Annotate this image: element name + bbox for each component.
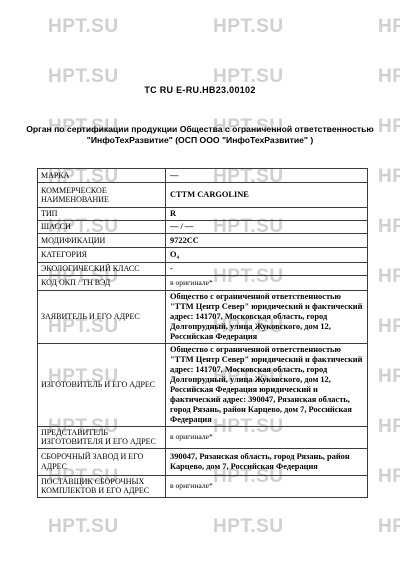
row-label: ЗАЯВИТЕЛЬ И ЕГО АДРЕС <box>38 291 166 344</box>
row-value: CTTM CARGOLINE <box>166 183 368 208</box>
watermark: HPT.SU <box>378 16 400 38</box>
row-value: — <box>166 169 368 183</box>
certificate-table: МАРКА — КОММЕРЧЕСКОЕ НАИМЕНОВАНИЕ CTTM C… <box>37 168 368 498</box>
watermark: HPT.SU <box>378 266 400 288</box>
watermark: HPT.SU <box>213 516 284 538</box>
table-row: СБОРОЧНЫЙ ЗАВОД И ЕГО АДРЕС 390047, Ряза… <box>38 448 368 475</box>
table-row: МАРКА — <box>38 169 368 183</box>
table-row: ПОСТАВЩИК СБОРОЧНЫХ КОМПЛЕКТОВ И ЕГО АДР… <box>38 475 368 497</box>
table-row: КАТЕГОРИЯ О₄ <box>38 248 368 263</box>
cert-number: ТС RU E-RU.HB23.00102 <box>0 85 400 95</box>
certification-body-line2: "ИнфоТехРазвитие" (ОСП ООО "ИнфоТехРазви… <box>12 135 388 146</box>
row-value: — / — <box>166 221 368 234</box>
row-label: КОММЕРЧЕСКОЕ НАИМЕНОВАНИЕ <box>38 183 166 208</box>
watermark: HPT.SU <box>378 316 400 338</box>
table-row: КОММЕРЧЕСКОЕ НАИМЕНОВАНИЕ CTTM CARGOLINE <box>38 183 368 208</box>
certificate-page: HPT.SUHPT.SUHPT.SUHPT.SUHPT.SUHPT.SUHPT.… <box>0 0 400 565</box>
watermark: HPT.SU <box>378 466 400 488</box>
watermark: HPT.SU <box>48 516 119 538</box>
watermark: HPT.SU <box>213 16 284 38</box>
table-row: КОД ОКП / ТН ВЭД в оригинале* <box>38 276 368 291</box>
row-label: КАТЕГОРИЯ <box>38 248 166 263</box>
table-row: ЗАЯВИТЕЛЬ И ЕГО АДРЕС Общество с огранич… <box>38 291 368 344</box>
row-label: ТИП <box>38 208 166 221</box>
watermark: HPT.SU <box>378 216 400 238</box>
certification-body: Орган по сертификации продукции Общества… <box>12 124 388 145</box>
row-value: Общество с ограниченной ответственностью… <box>166 344 368 427</box>
row-label: МАРКА <box>38 169 166 183</box>
row-label: ПОСТАВЩИК СБОРОЧНЫХ КОМПЛЕКТОВ И ЕГО АДР… <box>38 475 166 497</box>
table-row: ШАССИ — / — <box>38 221 368 234</box>
row-label: ПРЕДСТАВИТЕЛЬ ИЗГОТОВИТЕЛЯ И ЕГО АДРЕС <box>38 427 166 449</box>
row-value: в оригинале* <box>166 276 368 291</box>
row-value: R <box>166 208 368 221</box>
watermark: HPT.SU <box>48 16 119 38</box>
row-value: в оригинале* <box>166 427 368 449</box>
row-value: в оригинале* <box>166 475 368 497</box>
row-label: КОД ОКП / ТН ВЭД <box>38 276 166 291</box>
table-row: ТИП R <box>38 208 368 221</box>
row-label: СБОРОЧНЫЙ ЗАВОД И ЕГО АДРЕС <box>38 448 166 475</box>
row-value: Общество с ограниченной ответственностью… <box>166 291 368 344</box>
row-value: О₄ <box>166 248 368 263</box>
row-label: ШАССИ <box>38 221 166 234</box>
row-label: ИЗГОТОВИТЕЛЬ И ЕГО АДРЕС <box>38 344 166 427</box>
table-row: ПРЕДСТАВИТЕЛЬ ИЗГОТОВИТЕЛЯ И ЕГО АДРЕС в… <box>38 427 368 449</box>
certification-body-line1: Орган по сертификации продукции Общества… <box>12 124 388 135</box>
row-value: 9722CC <box>166 234 368 248</box>
row-value: - <box>166 263 368 276</box>
table-row: ЭКОЛОГИЧЕСКИЙ КЛАСС - <box>38 263 368 276</box>
table-row: ИЗГОТОВИТЕЛЬ И ЕГО АДРЕС Общество с огра… <box>38 344 368 427</box>
row-label: МОДИФИКАЦИИ <box>38 234 166 248</box>
table-row: МОДИФИКАЦИИ 9722CC <box>38 234 368 248</box>
row-label: ЭКОЛОГИЧЕСКИЙ КЛАСС <box>38 263 166 276</box>
watermark: HPT.SU <box>378 516 400 538</box>
watermark: HPT.SU <box>378 366 400 388</box>
row-value: 390047, Рязанская область, город Рязань,… <box>166 448 368 475</box>
watermark: HPT.SU <box>378 166 400 188</box>
watermark: HPT.SU <box>378 416 400 438</box>
